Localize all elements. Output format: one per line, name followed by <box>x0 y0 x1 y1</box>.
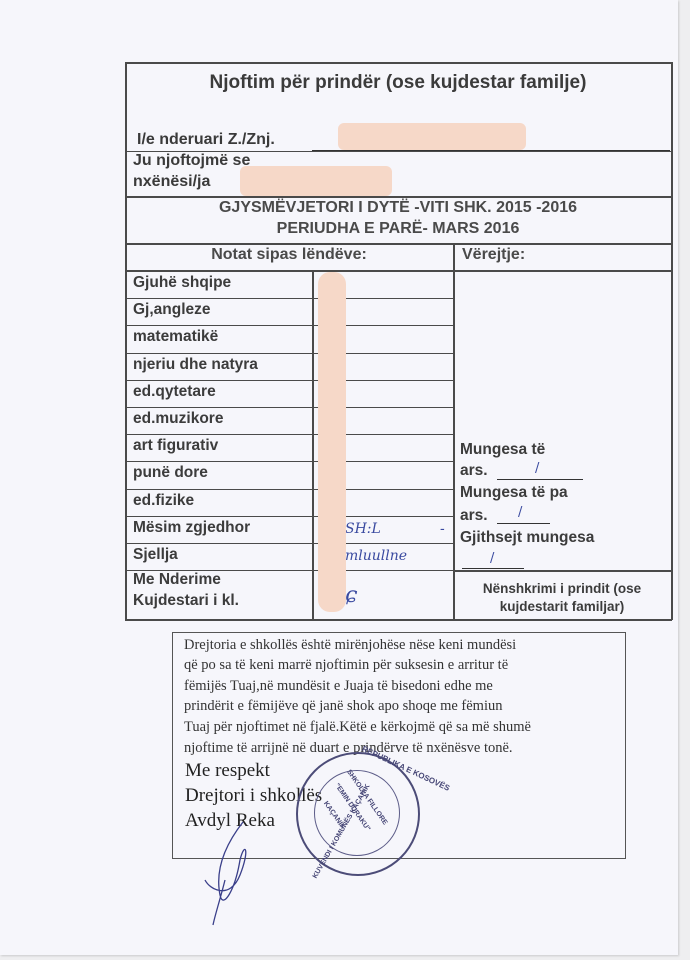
subject-name: njeriu dhe natyra <box>133 356 258 374</box>
grades-header: Notat sipas lëndëve: <box>125 246 453 264</box>
divider <box>125 270 672 272</box>
subject-grade: SH:L <box>345 521 381 537</box>
total-absences-label: Gjithsejt mungesa <box>460 529 594 547</box>
document-page: Njoftim për prindër (ose kujdestar famil… <box>0 0 678 955</box>
unexcused-absences-label: Mungesa të pa <box>460 484 568 502</box>
excused-absences-label: Mungesa të <box>460 441 545 459</box>
table-border-bottom <box>125 619 672 621</box>
divider <box>453 570 672 572</box>
letter-line: Tuaj për njoftimet në fjalë.Këtë e kërko… <box>184 719 531 736</box>
subject-name: art figurativ <box>133 437 218 455</box>
unexcused-absences-ars: ars. <box>460 507 488 525</box>
student-label: nxënësi/ja <box>133 173 210 191</box>
subject-grade-extra: - <box>440 521 445 537</box>
document-title: Njoftim për prindër (ose kujdestar famil… <box>125 72 671 94</box>
row-divider <box>125 380 453 381</box>
subject-name: punë dore <box>133 464 208 482</box>
subject-name: matematikë <box>133 328 218 346</box>
subject-name: Sjellja <box>133 546 178 564</box>
excused-absences-ars: ars. <box>460 462 488 480</box>
teacher-signature: ɕ <box>345 583 357 608</box>
row-divider <box>125 489 453 490</box>
addressee-label: I/e nderuari Z./Znj. <box>137 131 275 149</box>
table-border-top <box>125 62 672 64</box>
divider <box>125 243 672 245</box>
row-divider <box>125 407 453 408</box>
parent-signature-label-2: kujdestarit familjar) <box>453 599 671 614</box>
row-divider <box>125 325 453 326</box>
subject-name: Gjuhë shqipe <box>133 274 231 292</box>
remarks-column-divider <box>453 243 455 620</box>
period-line-1: GJYSMËVJETORI I DYTË -VITI SHK. 2015 -20… <box>125 199 671 217</box>
row-divider <box>125 298 453 299</box>
teacher-label-line-1: Me Nderime <box>133 571 221 589</box>
letter-line: fëmijës Tuaj,në mundësit e Juaja të bise… <box>184 678 493 695</box>
divider <box>125 196 672 198</box>
grade-column-divider <box>312 270 314 620</box>
teacher-label-line-2: Kujdestari i kl. <box>133 592 239 610</box>
row-divider <box>125 516 453 517</box>
subject-name: ed.qytetare <box>133 383 216 401</box>
unexcused-underline <box>497 523 550 524</box>
school-stamp: REPUBLIKA E KOSOVËS SHKOLLA FILLORE "EMI… <box>296 752 420 876</box>
excused-value: / <box>535 461 539 476</box>
row-divider <box>125 434 453 435</box>
row-divider <box>125 353 453 354</box>
row-divider <box>125 543 453 544</box>
notice-line: Ju njoftojmë se <box>133 152 250 170</box>
subject-name: ed.fizike <box>133 492 194 510</box>
grades-redaction <box>318 272 346 612</box>
student-redaction <box>240 166 392 196</box>
letter-line: prindërit e fëmijëve që janë shok apo sh… <box>184 698 503 715</box>
letter-line: që po sa të keni marrë njoftimin për suk… <box>184 657 508 674</box>
subject-name: Mësim zgjedhor <box>133 519 250 537</box>
unexcused-value: / <box>518 505 522 520</box>
total-value: / <box>490 551 494 566</box>
table-border-left <box>125 62 127 620</box>
row-divider <box>125 461 453 462</box>
remarks-header: Vërejtje: <box>462 246 525 264</box>
subject-grade: mluullne <box>345 548 407 564</box>
period-line-2: PERIUDHA E PARË- MARS 2016 <box>125 220 671 238</box>
parent-signature-label-1: Nënshkrimi i prindit (ose <box>453 581 671 596</box>
addressee-redaction <box>338 123 526 150</box>
table-border-right <box>671 62 673 620</box>
letter-line: Drejtoria e shkollës është mirënjohëse n… <box>184 637 516 654</box>
subject-name: Gj,angleze <box>133 301 211 319</box>
total-underline <box>462 568 524 569</box>
director-signature-icon <box>195 820 275 930</box>
subject-name: ed.muzikore <box>133 410 223 428</box>
excused-underline <box>497 479 583 480</box>
letter-closing: Me respekt <box>185 760 270 782</box>
